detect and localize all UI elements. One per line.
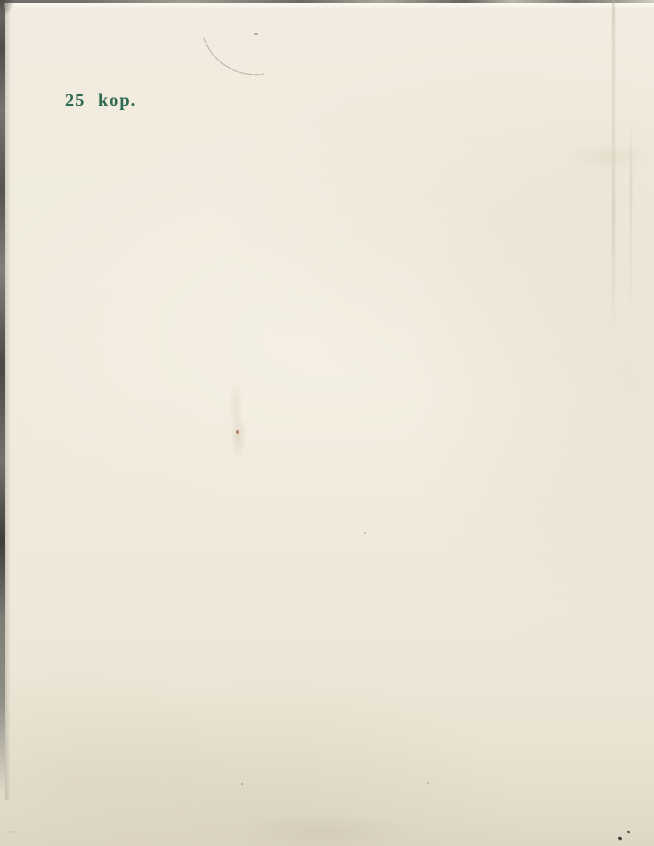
price-label: 25 kop.	[65, 90, 136, 111]
scratch-mark	[198, 30, 270, 82]
page-edge-left-shadow	[5, 0, 11, 800]
scanned-page: 25 kop.	[0, 0, 654, 846]
ink-speck	[627, 831, 631, 834]
dust-speck	[364, 532, 366, 534]
page-corner-top-left	[0, 0, 14, 16]
dust-speck	[427, 782, 429, 784]
dust-speck	[254, 33, 258, 35]
paper-streak	[556, 132, 654, 182]
rust-speck	[236, 430, 239, 434]
dust-speck	[241, 783, 243, 785]
ink-speck	[618, 836, 623, 841]
edge-nick	[7, 831, 15, 833]
page-edge-top-highlight	[4, 3, 654, 10]
paper-blotch	[210, 800, 440, 846]
paper-smudge	[224, 382, 250, 460]
